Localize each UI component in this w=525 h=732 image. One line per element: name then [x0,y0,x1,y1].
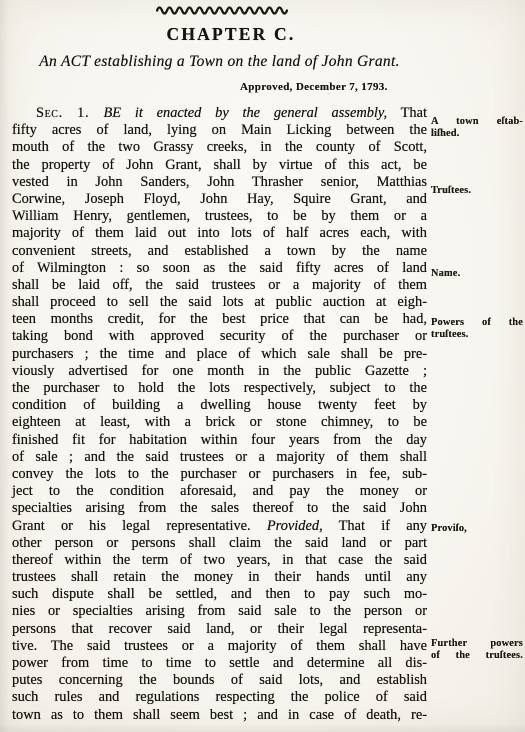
body-line: fifty acres of land, lying on Main Licki… [12,122,427,139]
body-line: viously advertised for one month in the … [12,363,427,380]
body-line: shall be laid off, the said trustees or … [12,277,427,294]
margin-note-line: Powers of the [431,317,523,329]
margin-note: Proviſo, [431,523,523,535]
text-segment: eighteen at least, with a brick or stone… [12,414,427,430]
body-line: power from time to time to settle and de… [12,655,427,672]
body-line: condition of building a dwelling house t… [12,397,427,414]
text-segment: purchasers ; the time and place of which… [12,346,427,362]
text-segment: other person or persons shall claim the … [12,535,427,551]
text-segment: of sale ; and the said trustees or a maj… [12,449,427,465]
text-segment: , That if any [319,518,427,534]
body-line: tive. The said trustees or a majority of… [12,638,427,655]
text-segment: Grant or his legal representative. [12,518,267,534]
body-line: convenient streets, and established a to… [12,243,427,260]
margin-note-line: Truſtees. [431,185,523,197]
body-line: William Henry, gentlemen, trustees, to b… [12,208,427,225]
text-segment: thereof within the term of two years, in… [12,552,427,568]
body-line: the property of John Grant, shall by vir… [12,157,427,174]
text-segment: of Wilmington : so soon as the said fift… [12,260,427,276]
text-segment: convey the lots to the purchaser or purc… [12,466,427,482]
text-segment: condition of building a dwelling house t… [12,397,427,413]
text-segment: ject to the condition aforesaid, and pay… [12,483,427,499]
text-segment: specialties arising from the sales there… [12,500,427,516]
body-line: teen months credit, for the best price t… [12,311,427,328]
text-segment: BE it enacted by the general assembly, [104,105,388,121]
body-line: town as to them shall seem best ; and in… [12,707,427,724]
margin-note: Powers of thetruſtees. [431,317,523,341]
body-line: nies or specialties arising from said sa… [12,603,427,620]
text-segment: persons that recover said land, or their… [12,621,427,637]
body-line: specialties arising from the sales there… [12,500,427,517]
text-segment: power from time to time to settle and de… [12,655,427,671]
body-line: other person or persons shall claim the … [12,535,427,552]
margin-note-line: of the truſtees. [431,650,523,662]
body-line: such dispute shall be settled, and then … [12,586,427,603]
text-segment: viously advertised for one month in the … [12,363,427,379]
margin-note-line: Name. [431,268,523,280]
margin-note-line: Proviſo, [431,523,523,535]
body-line: majority of them laid out into lots of h… [12,225,427,242]
margin-note-line: liſhed. [431,128,523,140]
text-segment: nies or specialties arising from said sa… [12,603,427,619]
text-segment: mouth of the two Grassy creeks, in the c… [12,139,427,155]
text-segment: shall be laid off, the said trustees or … [12,277,427,293]
margin-note: Further powersof the truſtees. [431,638,523,662]
act-body: Sec. 1. BE it enacted by the general ass… [12,105,427,724]
text-segment: convenient streets, and established a to… [12,243,427,259]
body-line: of sale ; and the said trustees or a maj… [12,449,427,466]
body-line: convey the lots to the purchaser or purc… [12,466,427,483]
body-line: taking bond with approved security of th… [12,328,427,345]
margin-note-line: A town eſtab- [431,116,523,128]
text-segment: Provided [267,518,319,534]
body-line: persons that recover said land, or their… [12,621,427,638]
margin-note-line: Further powers [431,638,523,650]
margin-note: A town eſtab-liſhed. [431,116,523,140]
approved-date-line: Approved, December 7, 1793. [240,81,388,93]
text-segment: shall proceed to sell the said lots at p… [12,294,427,310]
margin-note: Name. [431,268,523,280]
body-line: such rules and regulations respecting th… [12,689,427,706]
text-segment: putes concerning the bounds of said lots… [12,672,427,688]
body-line: shall proceed to sell the said lots at p… [12,294,427,311]
text-segment: taking bond with approved security of th… [12,328,427,344]
text-segment: fifty acres of land, lying on Main Licki… [12,122,427,138]
margin-notes: A town eſtab-liſhed.Truſtees.Name.Powers… [431,0,523,732]
body-line: the purchaser to hold the lots respectiv… [12,380,427,397]
text-segment: William Henry, gentlemen, trustees, to b… [12,208,427,224]
book-page: CHAPTER C. An ACT establishing a Town on… [0,0,525,732]
wavy-rule-ornament [156,4,288,17]
text-segment: vested in John Sanders, John Thrasher se… [12,174,427,190]
text-segment: town as to them shall seem best ; and in… [12,707,427,723]
text-segment: majority of them laid out into lots of h… [12,225,427,241]
text-segment: teen months credit, for the best price t… [12,311,427,327]
text-segment: the purchaser to hold the lots respectiv… [12,380,427,396]
text-segment: tive. The said trustees or a majority of… [12,638,427,654]
body-line: of Wilmington : so soon as the said fift… [12,260,427,277]
text-segment: Corwine, Joseph Floyd, John Hay, Squire … [12,191,427,207]
text-segment: finished fit for habitation within four … [12,432,427,448]
body-line: purchasers ; the time and place of which… [12,346,427,363]
chapter-heading: CHAPTER C. [0,24,462,45]
body-line: Corwine, Joseph Floyd, John Hay, Squire … [12,191,427,208]
body-line: mouth of the two Grassy creeks, in the c… [12,139,427,156]
text-segment: That [387,105,427,121]
margin-note: Truſtees. [431,185,523,197]
body-line: vested in John Sanders, John Thrasher se… [12,174,427,191]
text-segment: such dispute shall be settled, and then … [12,586,427,602]
body-line: thereof within the term of two years, in… [12,552,427,569]
body-line: putes concerning the bounds of said lots… [12,672,427,689]
text-segment: such rules and regulations respecting th… [12,689,427,705]
text-segment: Sec. 1. [36,105,104,121]
body-line: trustees shall retain the money in their… [12,569,427,586]
act-title: An ACT establishing a Town on the land o… [12,53,427,71]
margin-note-line: truſtees. [431,329,523,341]
body-line: ject to the condition aforesaid, and pay… [12,483,427,500]
text-segment: trustees shall retain the money in their… [12,569,427,585]
body-line: finished fit for habitation within four … [12,432,427,449]
body-line: Grant or his legal representative. Provi… [12,518,427,535]
scan-edge-shadow-left [0,0,9,732]
text-segment: the property of John Grant, shall by vir… [12,157,427,173]
body-line: eighteen at least, with a brick or stone… [12,414,427,431]
body-line: Sec. 1. BE it enacted by the general ass… [12,105,427,122]
